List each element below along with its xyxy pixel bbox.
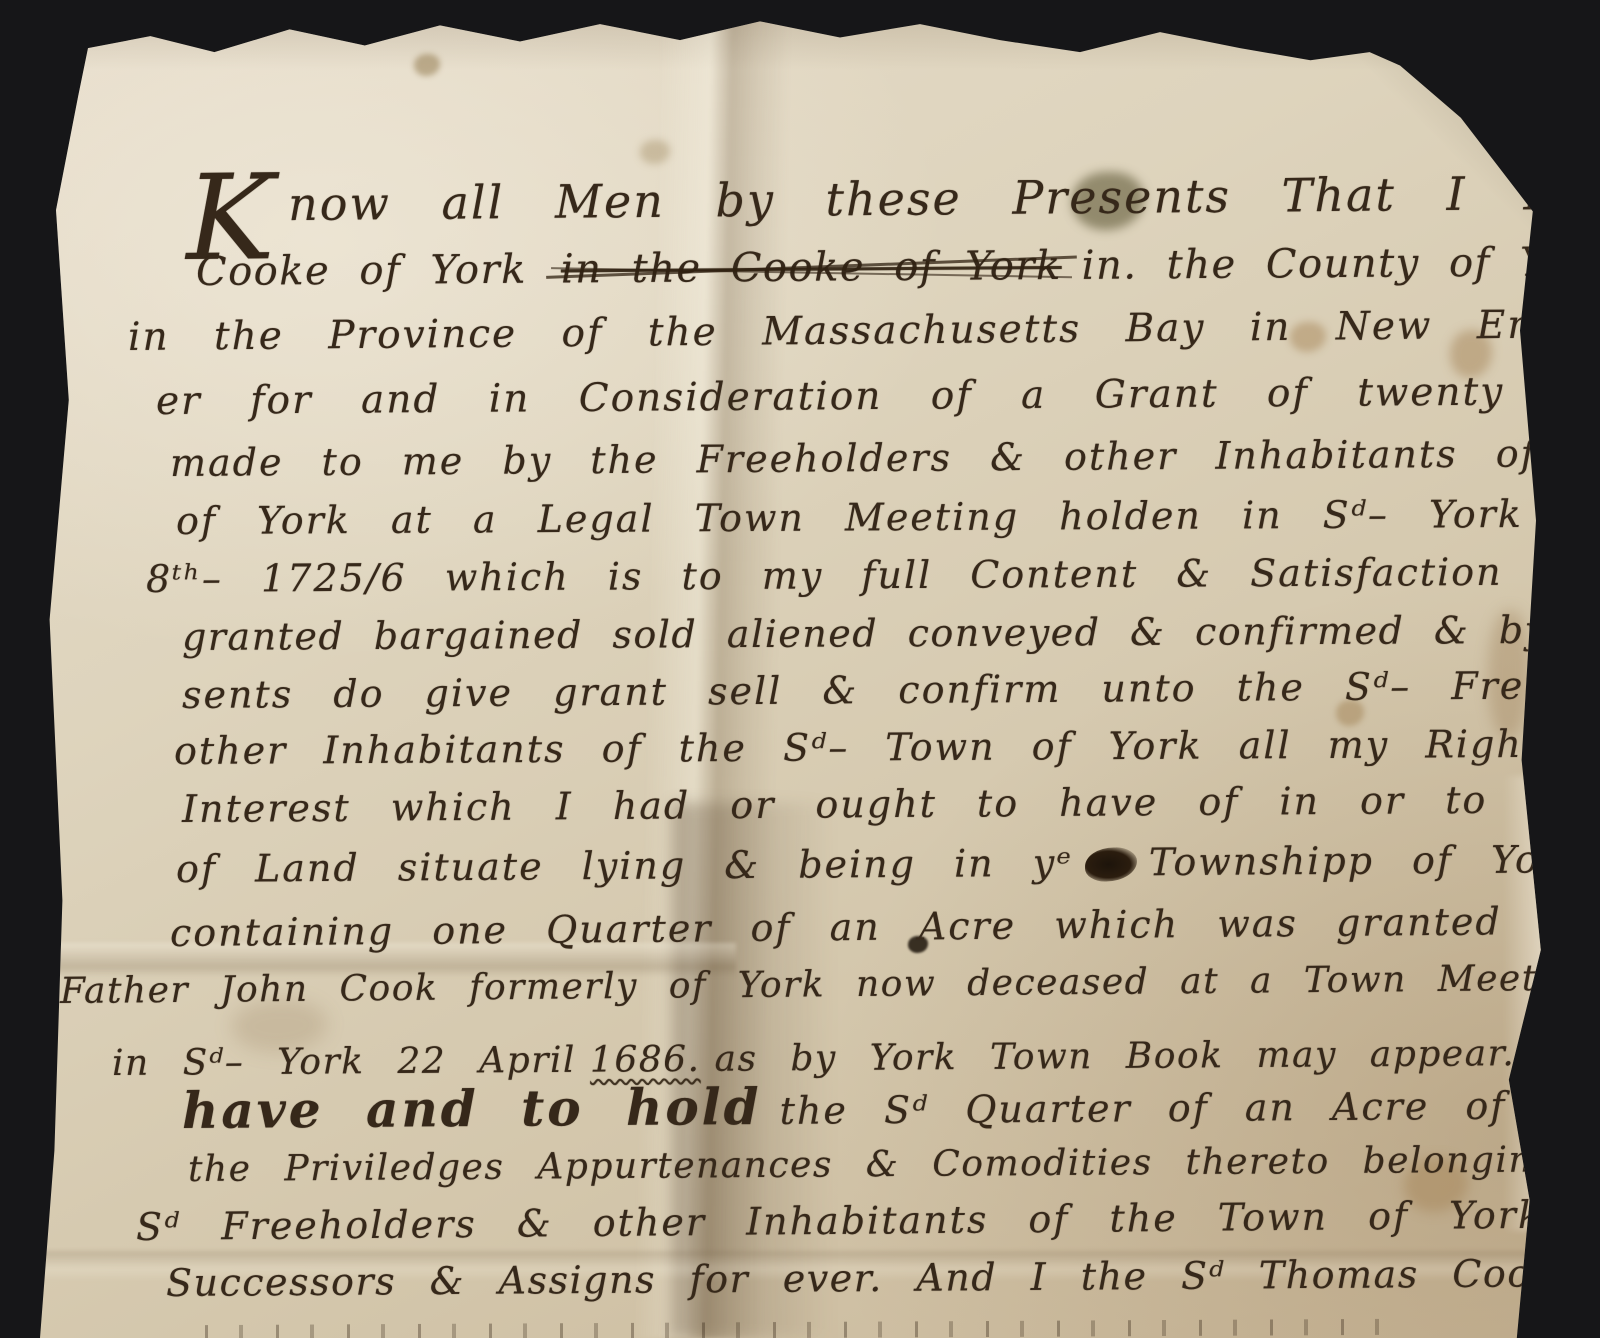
fox-spot: [414, 54, 440, 76]
line-text: Townshipp of York afo: [1149, 836, 1600, 884]
manuscript-line-8: granted bargained sold aliened conveyed …: [182, 610, 1600, 656]
manuscript-line-17: the Priviledges Appurtenances & Comoditi…: [188, 1141, 1600, 1188]
manuscript-line-5: made to me by the Freeholders & other In…: [170, 433, 1600, 482]
manuscript-line-6: of York at a Legal Town Meeting holden i…: [176, 494, 1600, 540]
manuscript-line-14: Father John Cook formerly of York now de…: [60, 959, 1600, 1010]
line-text: in. the County of York: [1082, 239, 1600, 289]
manuscript-line-2: Cooke of Yorkin the Cooke of Yorkin. the…: [196, 242, 1600, 292]
line-text: now all Men by these Presents That I Tho…: [288, 165, 1600, 231]
manuscript-line-11: Interest which I had or ought to have of…: [182, 778, 1600, 828]
manuscript-line-15: in Sᵈ– York 22 April1686.as by York Town…: [112, 1022, 1600, 1084]
manuscript-line-19: Successors & Assigns for ever. And I the…: [166, 1252, 1600, 1302]
photo-background: Know all Men by these Presents That I Th…: [0, 0, 1600, 1338]
cut-off-line-fragment: [205, 1319, 1385, 1338]
line-text: Cooke of York: [196, 247, 527, 295]
line-text: as by York Town Book may appear.: [714, 1033, 1515, 1080]
manuscript-line-10: other Inhabitants of the Sᵈ– Town of Yor…: [174, 724, 1600, 770]
line-text: of Land situate lying & being in yᵉ: [176, 841, 1073, 891]
line-text: Successors & Assigns for ever. And I the…: [166, 1251, 1600, 1305]
manuscript-line-16: have and to holdthe Sᵈ Quarter of an Acr…: [182, 1074, 1600, 1136]
underlined-date: 1686.: [590, 1039, 701, 1081]
manuscript-line-12: of Land situate lying & being in yᵉTowns…: [176, 839, 1600, 888]
torn-top-edge-shadow: [0, 0, 1600, 70]
manuscript-line-4: er for and in Consideration of a Grant o…: [156, 370, 1600, 421]
emphasized-phrase-have-and-to-hold: have and to hold: [182, 1077, 762, 1140]
line-text: the Sᵈ Quarter of an Acre of Land with a…: [780, 1081, 1600, 1133]
manuscript-line-7: 8ᵗʰ– 1725/6 which is to my full Content …: [146, 552, 1600, 598]
manuscript-line-13: containing one Quarter of an Acre which …: [170, 900, 1600, 952]
crossed-out-text: in the Cooke of York: [561, 246, 1062, 289]
manuscript-line-3: in the Province of the Massachusetts Bay…: [128, 303, 1600, 357]
line-text: in Sᵈ– York 22 April: [112, 1040, 576, 1084]
emphasized-word-to: To: [1539, 1017, 1600, 1078]
manuscript-line-9: sents do give grant sell & confirm unto …: [182, 665, 1600, 714]
manuscript-line-1: Know all Men by these Presents That I Th…: [186, 169, 1600, 228]
fox-spot: [640, 140, 670, 164]
manuscript-line-18: Sᵈ Freeholders & other Inhabitants of th…: [136, 1193, 1600, 1246]
ink-blot: [1085, 847, 1137, 881]
manuscript-paper: Know all Men by these Presents That I Th…: [0, 0, 1600, 1338]
